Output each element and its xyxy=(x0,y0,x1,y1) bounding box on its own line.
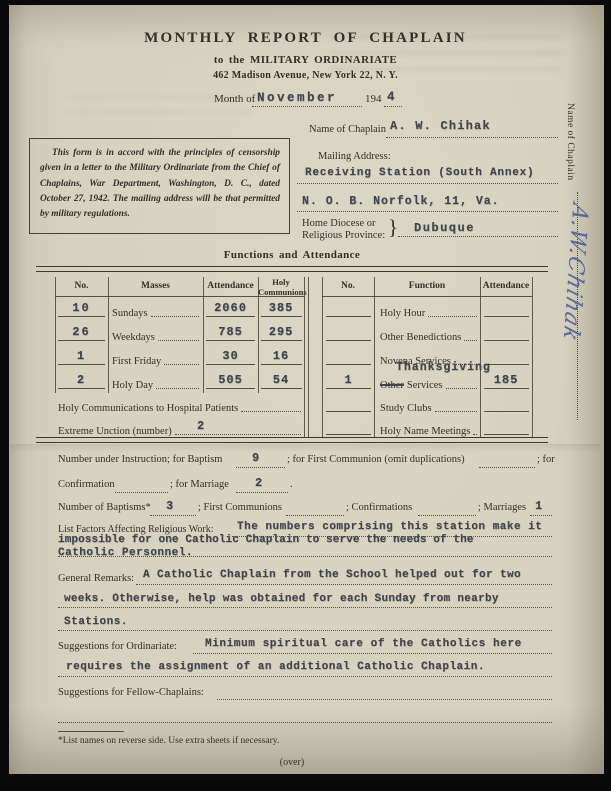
dotted-leader xyxy=(158,340,199,341)
cell-underline xyxy=(484,340,529,341)
footnote-text: *List names on reverse side. Use extra s… xyxy=(58,736,279,746)
dotted-leader xyxy=(473,434,477,435)
mailing-address-label: Mailing Address: xyxy=(318,151,391,162)
masses-row-no: 10 xyxy=(55,301,108,315)
cell-underline xyxy=(326,364,371,365)
functions-row-label-text: Other Benedictions xyxy=(380,332,461,343)
table-separator-line xyxy=(308,277,309,437)
fellow-suggestions-label: Suggestions for Fellow-Chaplains: xyxy=(58,687,204,698)
masses-col-communions: Communions xyxy=(258,287,304,297)
holy-name-meetings-row: Holy Name Meetings xyxy=(380,421,478,437)
chaplain-name-value: A. W. Chihak xyxy=(390,119,491,133)
struck-word: Other xyxy=(380,380,404,391)
dotted-line xyxy=(236,492,288,493)
cell-underline xyxy=(484,316,529,317)
hospital-communions-label: Holy Communications to Hospital Patients xyxy=(58,403,238,414)
cell-underline xyxy=(484,388,529,389)
factors-line1: The numbers comprising this station make… xyxy=(237,521,542,533)
dotted-line xyxy=(58,630,552,631)
study-clubs-label: Study Clubs xyxy=(380,403,432,414)
dotted-line xyxy=(150,515,196,516)
table-column-line xyxy=(480,277,481,437)
cell-underline xyxy=(206,364,255,365)
year-typed: 4 xyxy=(387,90,395,104)
margin-name-of-chaplain-label: Name of Chaplain xyxy=(565,103,575,181)
instruction-part5: ; for Marriage xyxy=(170,479,229,490)
dotted-leader xyxy=(464,340,477,341)
form-subtitle: to the MILITARY ORDINARIATE xyxy=(0,54,611,66)
dotted-line xyxy=(418,515,476,516)
instruction-part1: Number under Instruction; for Baptism xyxy=(58,454,222,465)
cell-underline xyxy=(326,388,371,389)
cell-underline xyxy=(261,316,302,317)
table-column-line xyxy=(374,277,375,437)
functions-col-no: No. xyxy=(322,281,374,291)
factors-line3: Catholic Personnel. xyxy=(58,547,193,559)
cell-underline xyxy=(484,411,529,412)
section-title: Functions and Attendance xyxy=(36,249,548,261)
masses-row-communions: 295 xyxy=(258,325,304,339)
extreme-unction-row: Extreme Unction (number) xyxy=(58,421,302,437)
diocese-label-line2: Religious Province: xyxy=(302,230,385,241)
dotted-line xyxy=(58,722,552,723)
functions-col-function: Function xyxy=(374,281,480,291)
diocese-value: Dubuque xyxy=(414,221,475,235)
instruction-part2: ; for First Communion (omit duplications… xyxy=(287,454,465,465)
ordinariate-suggestions-line1: Minimum spiritual care of the Catholics … xyxy=(205,638,522,650)
cell-underline xyxy=(261,388,302,389)
dotted-leader xyxy=(156,388,199,389)
cell-underline xyxy=(326,340,371,341)
dotted-leader xyxy=(446,388,478,389)
cell-underline xyxy=(261,364,302,365)
diocese-label-line1: Home Diocese or xyxy=(302,218,375,229)
dotted-leader xyxy=(175,434,301,435)
cell-underline xyxy=(206,340,255,341)
general-remarks-line2: weeks. Otherwise, help was obtained for … xyxy=(64,593,499,605)
functions-row-label: Holy Hour xyxy=(380,303,478,319)
functions-row-label-text: Holy Hour xyxy=(380,308,425,319)
cell-underline xyxy=(58,316,105,317)
masses-row-attendance: 2060 xyxy=(203,301,258,315)
mailing-address-line1: Receiving Station (South Annex) xyxy=(305,167,534,179)
dotted-line xyxy=(384,106,402,107)
thanksgiving-typed-correction: Thanksgiving xyxy=(396,361,491,374)
table-column-line xyxy=(108,277,109,393)
baptisms-part3: ; Confirmations xyxy=(346,502,412,513)
dotted-line xyxy=(193,653,552,654)
holy-name-meetings-label: Holy Name Meetings xyxy=(380,426,470,437)
mailing-address-line2: N. O. B. Norfolk, 11, Va. xyxy=(302,195,500,208)
cell-underline xyxy=(206,316,255,317)
dotted-line xyxy=(530,515,552,516)
general-remarks-label: General Remarks: xyxy=(58,573,134,584)
dotted-leader xyxy=(164,364,199,365)
baptisms-part1: Number of Baptisms* xyxy=(58,502,151,513)
form-title: MONTHLY REPORT OF CHAPLAIN xyxy=(0,30,611,47)
table-column-line xyxy=(532,277,533,437)
fold-crease xyxy=(10,444,600,453)
dotted-line xyxy=(386,137,558,138)
general-remarks-line3: Stations. xyxy=(64,616,128,628)
dotted-line xyxy=(398,236,558,237)
year-printed: 194 xyxy=(365,93,382,105)
factors-line2: impossible for one Catholic Chaplain to … xyxy=(58,534,473,546)
cell-underline xyxy=(58,388,105,389)
cell-underline xyxy=(58,364,105,365)
instruction-part3: ; for xyxy=(537,454,555,465)
functions-col-attendance: Attendance xyxy=(480,281,532,291)
masses-row-attendance: 30 xyxy=(203,349,258,363)
cell-underline xyxy=(261,340,302,341)
month-value: November xyxy=(257,91,337,105)
instruction-part6: . xyxy=(290,479,293,490)
baptisms-part2: ; First Communions xyxy=(198,502,282,513)
dotted-line xyxy=(286,515,344,516)
table-header-line xyxy=(322,296,532,297)
masses-row-label: Holy Day xyxy=(112,375,200,391)
month-label: Month of xyxy=(214,93,255,105)
dotted-line xyxy=(252,106,362,107)
cell-underline xyxy=(484,434,529,435)
dotted-leader xyxy=(151,316,199,317)
masses-row-no: 1 xyxy=(55,349,108,363)
study-clubs-row: Study Clubs xyxy=(380,398,478,414)
dotted-line xyxy=(58,676,552,677)
masses-col-holy: Holy xyxy=(258,277,304,287)
functions-row-label: Other Benedictions xyxy=(380,327,478,343)
double-rule-bottom xyxy=(36,437,548,443)
table-column-line xyxy=(322,277,323,437)
masses-row-label: Sundays xyxy=(112,303,200,319)
form-address: 462 Madison Avenue, New York 22, N. Y. xyxy=(0,70,611,81)
masses-row-label: First Friday xyxy=(112,351,200,367)
dotted-line xyxy=(217,699,552,700)
ordinariate-suggestions-line2: requires the assignment of an additional… xyxy=(66,661,485,673)
dotted-line xyxy=(297,183,558,184)
footnote-divider xyxy=(58,731,124,732)
baptisms-value: 3 xyxy=(166,499,173,513)
scanned-document: MONTHLY REPORT OF CHAPLAIN to the MILITA… xyxy=(0,0,611,791)
censorship-notice-text: This form is in accord with the principl… xyxy=(40,146,280,223)
marriage-instruction-value: 2 xyxy=(255,476,262,490)
masses-row-label-text: Sundays xyxy=(112,308,148,319)
cell-underline xyxy=(326,316,371,317)
chaplain-name-label: Name of Chaplain xyxy=(309,124,386,135)
extreme-unction-value: 2 xyxy=(197,419,204,433)
masses-row-label-text: Holy Day xyxy=(112,380,153,391)
cell-underline xyxy=(206,388,255,389)
table-separator-line xyxy=(304,277,305,437)
masses-col-no: No. xyxy=(55,281,108,291)
cell-underline xyxy=(326,411,371,412)
dotted-line xyxy=(136,584,552,585)
baptisms-part4: ; Marriages xyxy=(478,502,526,513)
dotted-leader xyxy=(428,316,477,317)
marriages-value: 1 xyxy=(535,499,542,513)
instruction-part4: Confirmation xyxy=(58,479,115,490)
masses-row-attendance: 505 xyxy=(203,373,258,387)
masses-col-attendance: Attendance xyxy=(203,281,258,291)
general-remarks-line1: A Catholic Chaplain from the School help… xyxy=(143,569,521,581)
cell-underline xyxy=(58,340,105,341)
dotted-line xyxy=(115,492,168,493)
double-rule-top xyxy=(36,266,548,272)
masses-row-communions: 54 xyxy=(258,373,304,387)
dotted-leader xyxy=(435,411,477,412)
over-label: (over) xyxy=(36,757,548,768)
ordinariate-suggestions-label: Suggestions for Ordinariate: xyxy=(58,641,177,652)
masses-col-masses: Masses xyxy=(108,281,203,291)
functions-row-no: 1 xyxy=(322,373,374,387)
dotted-leader xyxy=(241,411,301,412)
censorship-notice-box: This form is in accord with the principl… xyxy=(29,138,290,234)
dotted-line xyxy=(297,211,558,212)
masses-row-label-text: First Friday xyxy=(112,356,161,367)
functions-row-attendance: 185 xyxy=(480,373,532,387)
baptism-instruction-value: 9 xyxy=(252,451,259,465)
hospital-communions-row: Holy Communications to Hospital Patients xyxy=(58,398,302,414)
dotted-line xyxy=(479,467,535,468)
masses-row-label-text: Weekdays xyxy=(112,332,155,343)
masses-row-communions: 385 xyxy=(258,301,304,315)
diocese-brace: } xyxy=(388,215,398,240)
dotted-line xyxy=(236,467,285,468)
masses-row-communions: 16 xyxy=(258,349,304,363)
masses-row-attendance: 785 xyxy=(203,325,258,339)
masses-row-no: 26 xyxy=(55,325,108,339)
masses-row-no: 2 xyxy=(55,373,108,387)
dotted-line xyxy=(58,607,552,608)
extreme-unction-label: Extreme Unction (number) xyxy=(58,426,172,437)
functions-row-label-text: Services xyxy=(407,380,443,391)
cell-underline xyxy=(326,434,371,435)
functions-row-label: OtherServices xyxy=(380,375,478,391)
masses-row-label: Weekdays xyxy=(112,327,200,343)
